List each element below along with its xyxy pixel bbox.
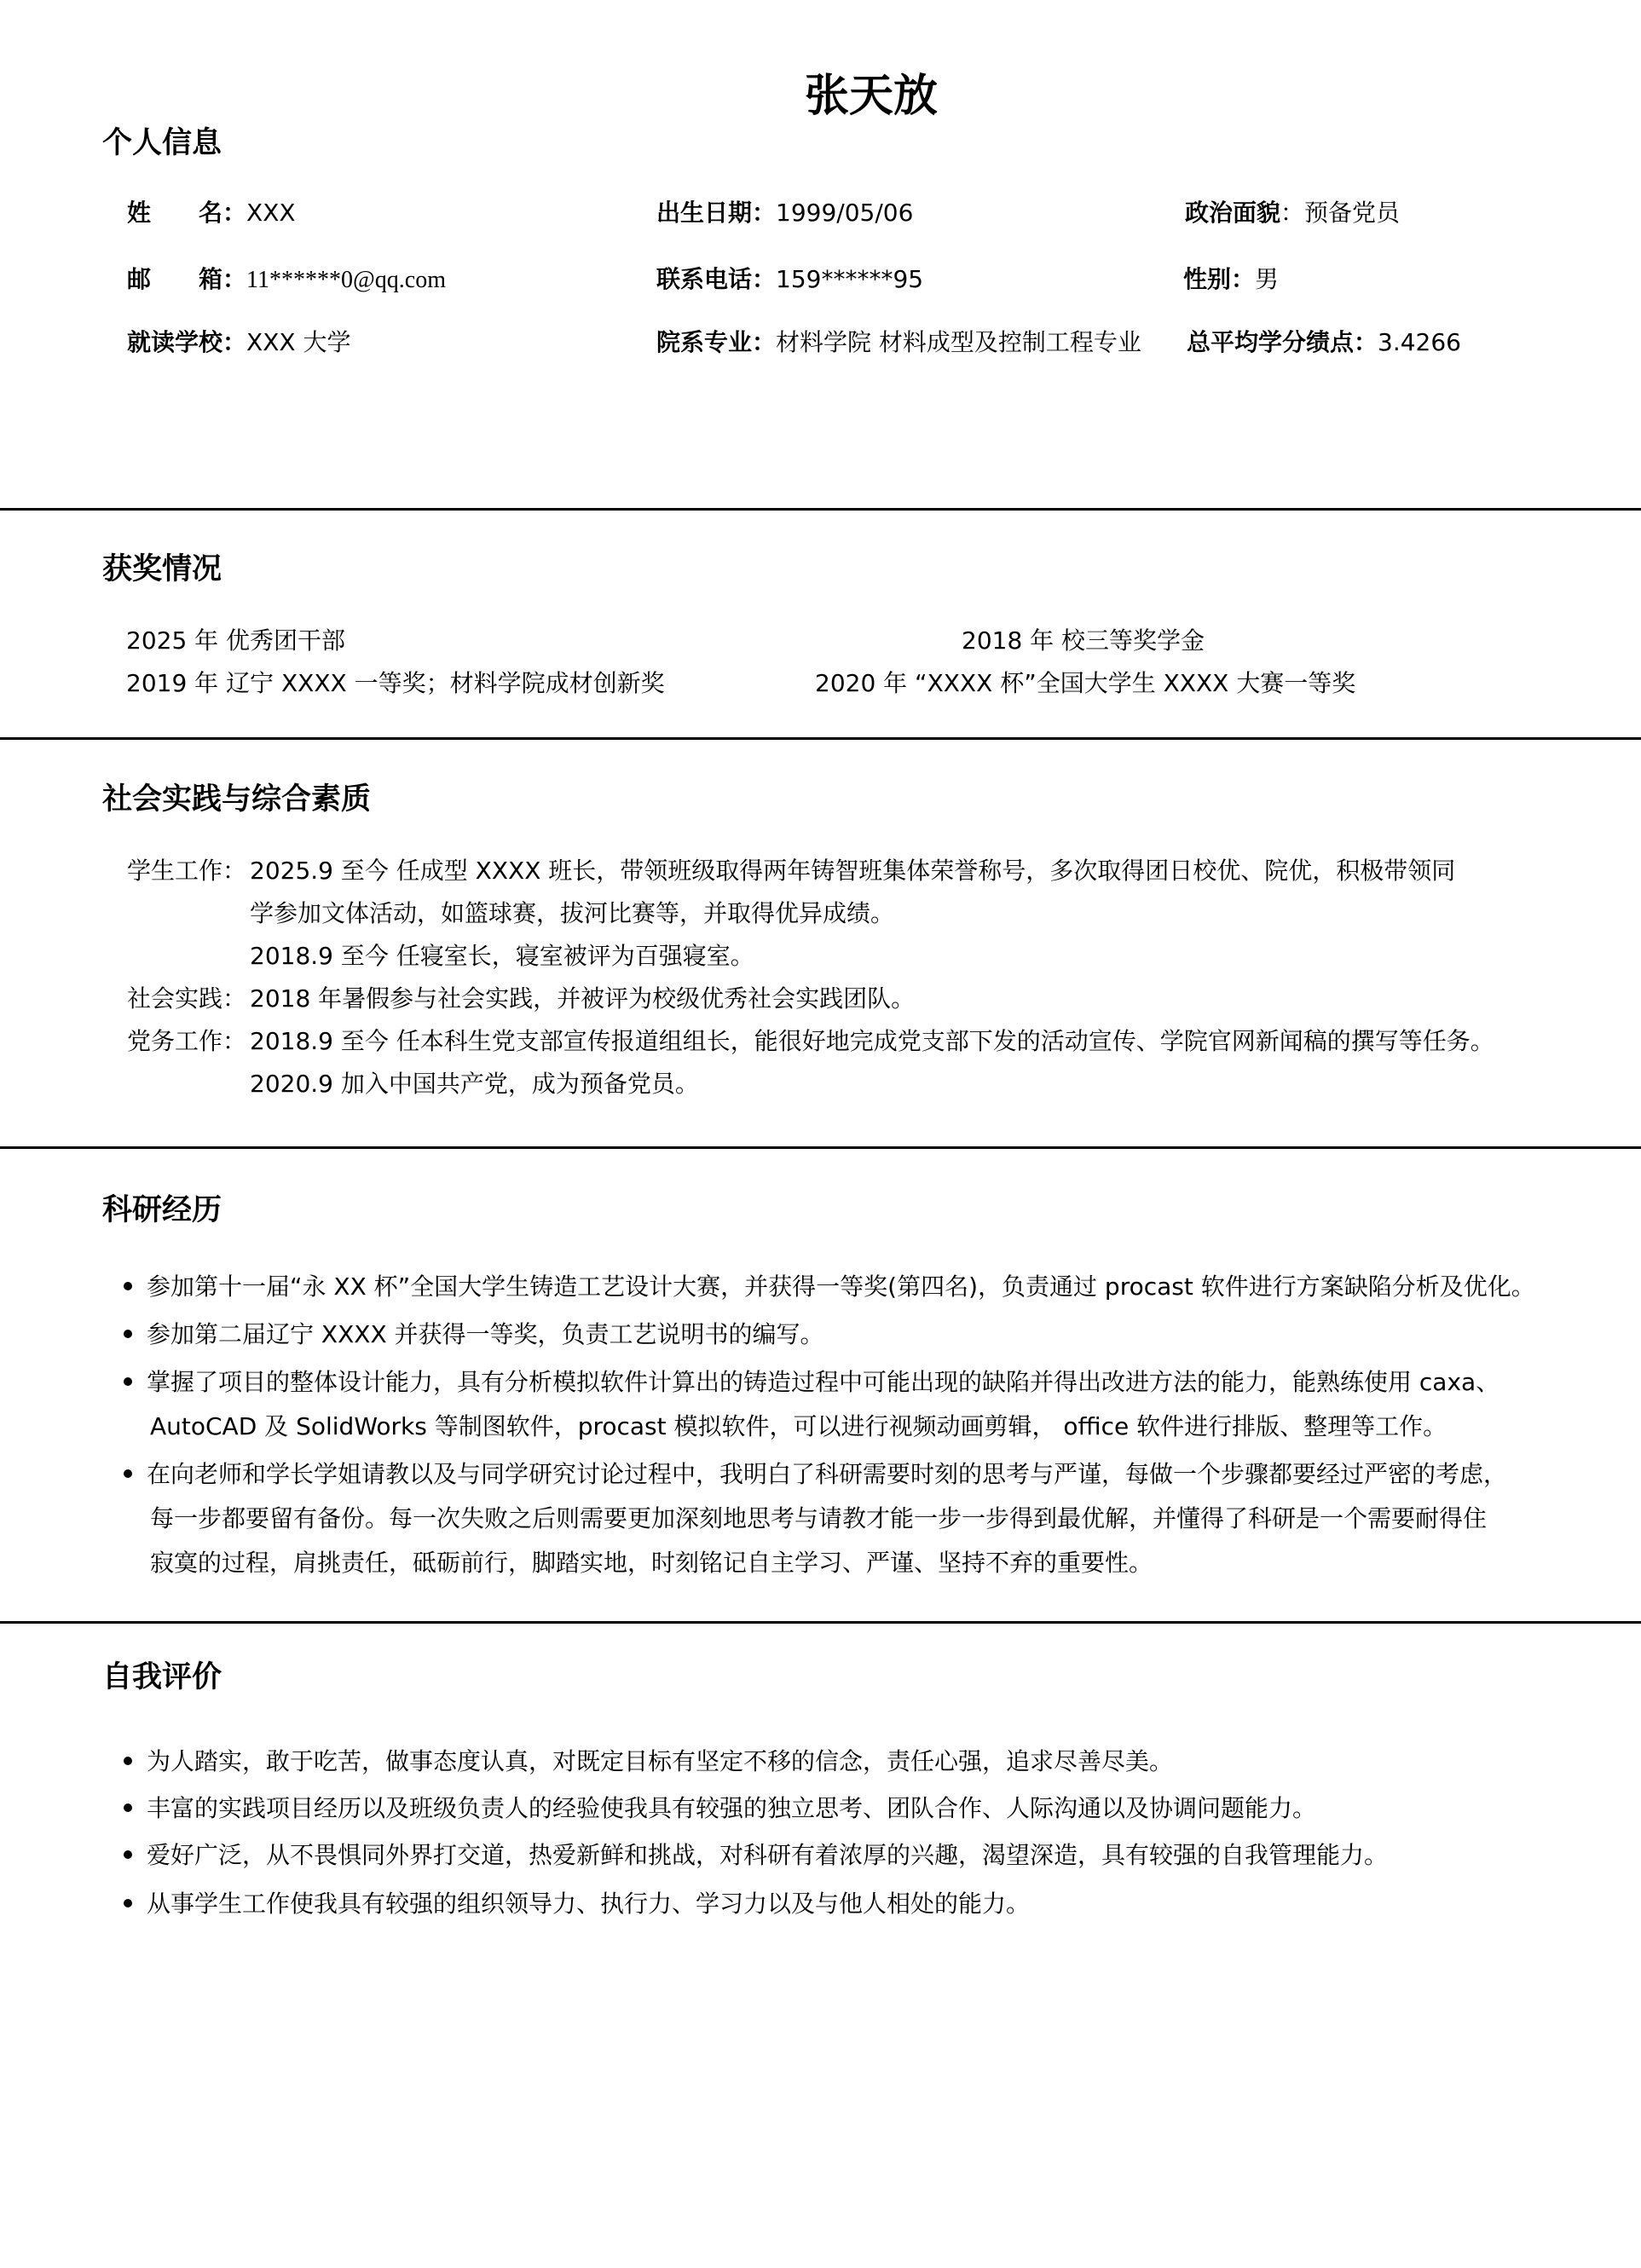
info-value: 1999/05/06 xyxy=(776,199,913,227)
section-divider xyxy=(0,737,1641,740)
info-birthdate: 出生日期：1999/05/06 xyxy=(656,196,913,230)
award-item: 2018 年 校三等奖学金 xyxy=(962,624,1205,658)
bullet-icon xyxy=(124,1330,132,1338)
info-value: 3.4266 xyxy=(1378,328,1461,356)
info-value: 预备党员 xyxy=(1304,199,1400,227)
info-label: 邮 箱： xyxy=(127,265,246,293)
research-item-text: 参加第十一届“永 XX 杯”全国大学生铸造工艺设计大赛，并获得一等奖(第四名)，… xyxy=(147,1270,1535,1304)
award-item: 2020 年 “XXXX 杯”全国大学生 XXXX 大赛一等奖 xyxy=(815,667,1355,701)
info-label: 姓 名： xyxy=(127,199,246,227)
research-item-text: 掌握了项目的整体设计能力，具有分析模拟软件计算出的铸造过程中可能出现的缺陷并得出… xyxy=(147,1365,1499,1399)
practice-line: 2025.9 至今 任成型 XXXX 班长，带领班级取得两年铸智班集体荣誉称号，… xyxy=(250,854,1455,888)
info-gpa: 总平均学分绩点：3.4266 xyxy=(1187,326,1461,360)
self-eval-text: 从事学生工作使我具有较强的组织领导力、执行力、学习力以及与他人相处的能力。 xyxy=(147,1887,1030,1921)
info-label: 出生日期： xyxy=(656,199,776,227)
research-item-text: 参加第二届辽宁 XXXX 并获得一等奖，负责工艺说明书的编写。 xyxy=(147,1318,824,1352)
practice-line: 2020.9 加入中国共产党，成为预备党员。 xyxy=(250,1067,699,1101)
practice-label-social-practice: 社会实践： xyxy=(127,982,246,1016)
self-eval-text: 为人踏实，敢于吃苦，做事态度认真，对既定目标有坚定不移的信念，责任心强，追求尽善… xyxy=(147,1745,1173,1779)
practice-label-student-work: 学生工作： xyxy=(127,854,246,888)
info-label: 院系专业： xyxy=(656,328,776,356)
award-item: 2025 年 优秀团干部 xyxy=(126,624,345,658)
info-label: 联系电话： xyxy=(656,265,776,293)
bullet-icon xyxy=(124,1377,132,1386)
info-gender: 性别：男 xyxy=(1183,263,1279,297)
research-item-continuation: 每一步都要留有备份。每一次失败之后则需要更加深刻地思考与请教才能一步一步得到最优… xyxy=(150,1502,1487,1536)
info-phone: 联系电话：159******95 xyxy=(656,263,923,297)
bullet-icon xyxy=(124,1282,132,1290)
info-value: 男 xyxy=(1255,265,1279,293)
self-eval-text: 爱好广泛，从不畏惧同外界打交道，热爱新鲜和挑战，对科研有着浓厚的兴趣，渴望深造，… xyxy=(147,1838,1388,1873)
section-heading-practice: 社会实践与综合素质 xyxy=(102,781,371,818)
info-major: 院系专业：材料学院 材料成型及控制工程专业 xyxy=(656,326,1141,360)
info-value: XXX 大学 xyxy=(246,328,350,356)
resume-name-title: 张天放 xyxy=(0,66,1641,126)
section-heading-research: 科研经历 xyxy=(102,1192,222,1229)
info-value: 11******0@qq.com xyxy=(246,267,446,293)
research-item-text: 在向老师和学长学姐请教以及与同学研究讨论过程中，我明白了科研需要时刻的思考与严谨… xyxy=(147,1457,1507,1492)
info-label: 性别： xyxy=(1183,265,1255,293)
bullet-icon xyxy=(124,1850,132,1859)
section-divider xyxy=(0,508,1641,511)
info-political-status: 政治面貌：预备党员 xyxy=(1185,196,1400,230)
info-separator: ： xyxy=(1280,199,1304,227)
practice-line: 2018 年暑假参与社会实践，并被评为校级优秀社会实践团队。 xyxy=(250,982,915,1016)
info-value: 159******95 xyxy=(776,265,923,293)
section-divider xyxy=(0,1146,1641,1149)
info-email: 邮 箱：11******0@qq.com xyxy=(127,263,446,297)
info-label: 总平均学分绩点： xyxy=(1187,328,1378,356)
section-heading-awards: 获奖情况 xyxy=(102,551,222,588)
info-value: XXX xyxy=(246,199,296,227)
info-name: 姓 名：XXX xyxy=(127,196,296,230)
bullet-icon xyxy=(124,1469,132,1478)
practice-line: 学参加文体活动，如篮球赛，拔河比赛等，并取得优异成绩。 xyxy=(250,897,894,931)
info-label: 政治面貌 xyxy=(1185,199,1280,227)
info-school: 就读学校：XXX 大学 xyxy=(127,326,350,360)
practice-label-party-work: 党务工作： xyxy=(127,1024,246,1059)
research-item-continuation: 寂寞的过程，肩挑责任，砥砺前行，脚踏实地，时刻铭记自主学习、严谨、坚持不弃的重要… xyxy=(150,1546,1153,1580)
bullet-icon xyxy=(124,1757,132,1765)
bullet-icon xyxy=(124,1803,132,1812)
award-item: 2019 年 辽宁 XXXX 一等奖；材料学院成材创新奖 xyxy=(126,667,665,701)
practice-line: 2018.9 至今 任寝室长，寝室被评为百强寝室。 xyxy=(250,939,754,973)
practice-line: 2018.9 至今 任本科生党支部宣传报道组组长，能很好地完成党支部下发的活动宣… xyxy=(250,1024,1494,1059)
section-heading-personal-info: 个人信息 xyxy=(102,124,222,162)
research-item-continuation: AutoCAD 及 SolidWorks 等制图软件，procast 模拟软件，… xyxy=(150,1410,1447,1444)
info-value: 材料学院 材料成型及控制工程专业 xyxy=(776,328,1141,356)
self-eval-text: 丰富的实践项目经历以及班级负责人的经验使我具有较强的独立思考、团队合作、人际沟通… xyxy=(147,1792,1316,1826)
section-heading-self-evaluation: 自我评价 xyxy=(102,1659,222,1696)
info-label: 就读学校： xyxy=(127,328,246,356)
section-divider xyxy=(0,1621,1641,1624)
bullet-icon xyxy=(124,1899,132,1907)
